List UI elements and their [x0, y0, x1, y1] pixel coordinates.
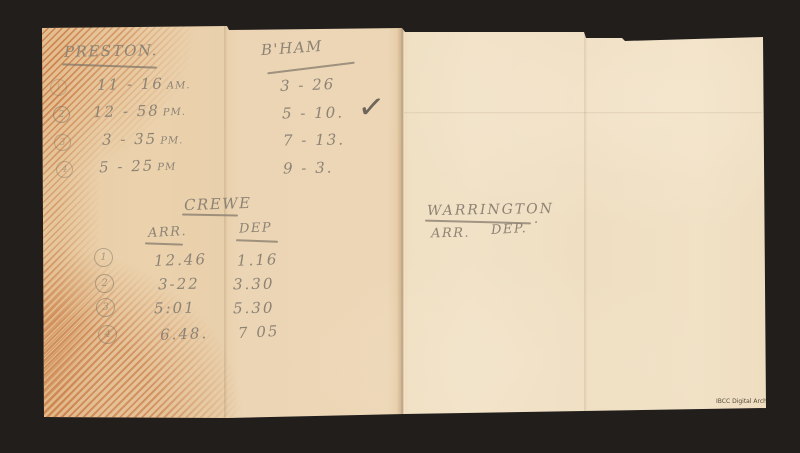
crewe-arr-value: 12.46	[154, 250, 208, 270]
crewe-arr-header: ARR.	[148, 224, 188, 241]
preston-time-text: 3 - 35	[102, 130, 158, 149]
preston-time-suffix: PM.	[163, 107, 186, 119]
document-paper: PRESTON. 1 11 - 16AM. 2 12 - 58PM. 3 3 -…	[0, 0, 800, 453]
fold-line-right	[584, 32, 587, 412]
preston-row-number: 2	[53, 106, 70, 123]
preston-time-suffix: AM.	[167, 80, 191, 91]
crewe-dep-value: 7 05	[238, 322, 280, 342]
crewe-dep-header: DEP	[239, 220, 273, 236]
bham-value: 7 - 13.	[283, 130, 345, 149]
preston-row-number: 1	[50, 79, 67, 96]
crewe-arr-value: 3-22	[158, 275, 200, 294]
warrington-dep-header: DEP.	[491, 221, 528, 238]
preston-row-number: 4	[56, 161, 73, 178]
crewe-underline	[182, 214, 238, 216]
warrington-period: .	[534, 212, 538, 227]
crewe-title: CREWE	[184, 194, 252, 214]
preston-time-text: 5 - 25	[99, 156, 155, 176]
crewe-dep-value: 5.30	[233, 299, 275, 318]
crewe-row-number: 1	[94, 248, 113, 267]
checkmark-icon: ✓	[356, 87, 387, 128]
crewe-arr-value: 6.48.	[160, 324, 209, 344]
preston-underline	[62, 63, 157, 68]
fold-line-left	[224, 26, 227, 418]
crewe-arr-value: 5:01	[154, 299, 196, 318]
preston-time-suffix: PM	[157, 162, 176, 174]
crewe-arr-underline	[145, 242, 183, 245]
bham-underline	[267, 62, 355, 75]
archive-watermark-label: IBCC Digital Archive	[716, 398, 776, 405]
crewe-row-number: 2	[95, 274, 114, 293]
crewe-dep-value: 3.30	[233, 275, 275, 294]
bham-value: 9 - 3.	[283, 159, 334, 178]
crewe-dep-underline	[236, 239, 278, 242]
preston-title: PRESTON.	[64, 41, 158, 61]
preston-row-time: 12 - 58PM.	[93, 101, 186, 121]
bham-value: 3 - 26	[280, 75, 336, 95]
crewe-dep-value: 1.16	[237, 250, 279, 269]
crease-horizontal-right-page	[404, 112, 762, 114]
warrington-arr-header: ARR.	[431, 226, 470, 242]
scan-background: PRESTON. 1 11 - 16AM. 2 12 - 58PM. 3 3 -…	[0, 0, 800, 453]
preston-time-text: 12 - 58	[93, 101, 160, 121]
bham-title: B'HAM	[260, 37, 323, 59]
bham-value: 5 - 10.	[282, 103, 344, 122]
preston-row-number: 3	[54, 134, 71, 151]
crewe-row-number: 4	[98, 325, 117, 344]
preston-time-suffix: PM.	[160, 135, 183, 146]
preston-row-time: 3 - 35PM.	[102, 129, 184, 148]
preston-time-text: 11 - 16	[97, 75, 164, 94]
fold-seam-center	[397, 27, 406, 415]
preston-row-time: 11 - 16AM.	[97, 74, 191, 94]
preston-row-time: 5 - 25PM	[99, 156, 177, 177]
crewe-row-number: 3	[96, 298, 115, 317]
